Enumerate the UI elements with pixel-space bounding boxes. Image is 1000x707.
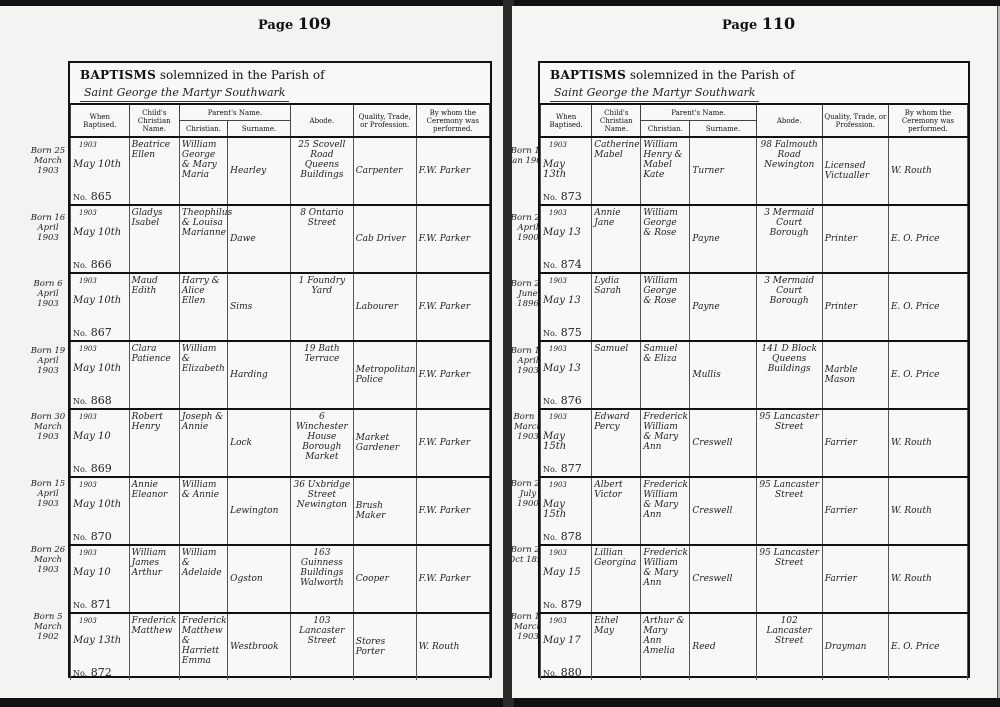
cell-abode: 141 D Block Queens Buildings bbox=[756, 341, 822, 409]
cell-child-name: Annie Jane bbox=[592, 205, 641, 273]
cell-surname: Lewington bbox=[228, 477, 291, 545]
cell-child-name: Annie Eleanor bbox=[129, 477, 179, 545]
entry-number-value: 878 bbox=[561, 530, 582, 543]
entry-number-value: 871 bbox=[91, 598, 112, 611]
cell-surname-text: Turner bbox=[692, 140, 753, 202]
right-page: Page 110 Born 19 Jan 1903Born 23 April 1… bbox=[512, 6, 997, 698]
cell-when-baptised: 1903May 10No. 869 bbox=[71, 409, 130, 477]
cell-surname-text: Creswell bbox=[692, 480, 753, 542]
cell-trade: Farrier bbox=[822, 477, 888, 545]
baptism-year: 1903 bbox=[549, 208, 589, 218]
baptism-year: 1903 bbox=[79, 616, 127, 626]
cell-abode-text: 36 Uxbridge Street Newington bbox=[293, 480, 351, 510]
cell-child-name: Samuel bbox=[592, 341, 641, 409]
entry-number-value: 876 bbox=[561, 394, 582, 407]
header-solemnized: solemnized in the Parish of bbox=[630, 68, 795, 82]
cell-child-name: Robert Henry bbox=[129, 409, 179, 477]
cell-parents-christian: William George & Rose bbox=[641, 205, 690, 273]
register-entry-row: 1903May 13No. 876SamuelSamuel & ElizaMul… bbox=[541, 341, 968, 409]
baptism-date: May 10th bbox=[73, 228, 127, 238]
cell-parents-christian-text: William & Adelaide bbox=[182, 548, 225, 578]
baptism-date: May 10th bbox=[73, 364, 127, 374]
cell-child-name-text: Annie Eleanor bbox=[132, 480, 177, 500]
register-entry-row: 1903May 15thNo. 877Edward PercyFrederick… bbox=[541, 409, 968, 477]
col-parent-surname: Surname. bbox=[228, 121, 291, 138]
cell-surname-text: Payne bbox=[692, 208, 753, 270]
cell-child-name-text: Robert Henry bbox=[132, 412, 177, 432]
col-parent-christian: Christian. bbox=[179, 121, 227, 138]
cell-parents-christian-text: Frederick Matthew & Harriett Emma bbox=[182, 616, 225, 666]
cell-child-name-text: Beatrice Ellen bbox=[132, 140, 177, 160]
entry-number: No. 879 bbox=[543, 600, 582, 611]
cell-child-name-text: Frederick Matthew bbox=[132, 616, 177, 636]
cell-surname-text: Harding bbox=[230, 344, 288, 406]
cell-when-baptised: 1903May 10thNo. 866 bbox=[71, 205, 130, 273]
cell-child-name: Lydia Sarah bbox=[592, 273, 641, 341]
cell-abode: 95 Lancaster Street bbox=[756, 545, 822, 613]
baptism-date: May 10 bbox=[73, 568, 127, 578]
baptism-year: 1903 bbox=[549, 140, 589, 150]
cell-parents-christian: Frederick William & Mary Ann bbox=[641, 477, 690, 545]
cell-when-baptised: 1903May 15thNo. 878 bbox=[541, 477, 592, 545]
cell-parents-christian-text: Frederick William & Mary Ann bbox=[643, 412, 687, 452]
baptism-year: 1903 bbox=[79, 412, 127, 422]
cell-surname: Lock bbox=[228, 409, 291, 477]
cell-parents-christian: Harry & Alice Ellen bbox=[179, 273, 227, 341]
cell-abode-text: 163 Guinness Buildings Walworth bbox=[293, 548, 351, 588]
col-quality: Quality, Trade, or Profession. bbox=[353, 104, 416, 137]
cell-abode: 19 Bath Terrace bbox=[290, 341, 353, 409]
baptism-year: 1903 bbox=[549, 548, 589, 558]
cell-trade: Stores Porter bbox=[353, 613, 416, 680]
cell-parents-christian-text: Samuel & Eliza bbox=[643, 344, 687, 364]
entry-number-value: 873 bbox=[561, 190, 582, 203]
cell-parents-christian-text: Frederick William & Mary Ann bbox=[643, 548, 687, 588]
entry-number: No. 871 bbox=[73, 600, 112, 611]
entry-number-prefix: No. bbox=[543, 465, 557, 474]
cell-trade-text: Carpenter bbox=[356, 140, 414, 202]
col-abode: Abode. bbox=[290, 104, 353, 137]
cell-abode: 102 Lancaster Street bbox=[756, 613, 822, 680]
col-when-baptised: When Baptised. bbox=[541, 104, 592, 137]
cell-surname: Harding bbox=[228, 341, 291, 409]
cell-by-whom-text: F.W. Parker bbox=[419, 140, 487, 202]
cell-trade: Market Gardener bbox=[353, 409, 416, 477]
cell-parents-christian: William Henry & Mabel Kate bbox=[641, 137, 690, 205]
entry-number-value: 874 bbox=[561, 258, 582, 271]
entry-number-prefix: No. bbox=[73, 261, 87, 270]
cell-trade: Marble Mason bbox=[822, 341, 888, 409]
page-label: Page bbox=[258, 18, 293, 33]
cell-by-whom: F.W. Parker bbox=[416, 545, 489, 613]
baptism-year: 1903 bbox=[549, 480, 589, 490]
cell-when-baptised: 1903May 10thNo. 867 bbox=[71, 273, 130, 341]
entry-number-prefix: No. bbox=[73, 533, 87, 542]
cell-abode: 25 Scovell Road Queens Buildings bbox=[290, 137, 353, 205]
col-parents-name: Parent's Name. bbox=[179, 104, 290, 121]
col-parent-christian: Christian. bbox=[641, 121, 690, 138]
col-abode: Abode. bbox=[756, 104, 822, 137]
cell-abode: 95 Lancaster Street bbox=[756, 477, 822, 545]
left-page: Page 109 Born 25 March 1903Born 16 April… bbox=[0, 6, 505, 698]
cell-child-name: Lillian Georgina bbox=[592, 545, 641, 613]
baptism-year: 1903 bbox=[79, 548, 127, 558]
entry-number: No. 876 bbox=[543, 396, 582, 407]
entry-number: No. 870 bbox=[73, 532, 112, 543]
cell-by-whom-text: E. O. Price bbox=[891, 616, 965, 678]
cell-abode-text: 3 Mermaid Court Borough bbox=[759, 208, 820, 238]
cell-surname-text: Payne bbox=[692, 276, 753, 338]
cell-parents-christian-text: Arthur & Mary Ann Amelia bbox=[643, 616, 687, 656]
header-baptisms: BAPTISMS bbox=[550, 68, 626, 82]
cell-by-whom: F.W. Parker bbox=[416, 205, 489, 273]
cell-surname-text: Mullis bbox=[692, 344, 753, 406]
col-child-name: Child's Christian Name. bbox=[592, 104, 641, 137]
cell-by-whom-text: W. Routh bbox=[891, 548, 965, 610]
cell-when-baptised: 1903May 10thNo. 870 bbox=[71, 477, 130, 545]
entry-number: No. 869 bbox=[73, 464, 112, 475]
cell-parents-christian: William & Adelaide bbox=[179, 545, 227, 613]
header-baptisms: BAPTISMS bbox=[80, 68, 156, 82]
baptism-date: May 13 bbox=[543, 228, 589, 238]
entry-number-value: 866 bbox=[91, 258, 112, 271]
entry-number: No. 875 bbox=[543, 328, 582, 339]
cell-parents-christian: Frederick Matthew & Harriett Emma bbox=[179, 613, 227, 680]
entry-number-value: 868 bbox=[91, 394, 112, 407]
cell-child-name-text: Catherine Mabel bbox=[594, 140, 638, 160]
baptism-date: May 17 bbox=[543, 636, 589, 646]
baptism-register-table-right: When Baptised. Child's Christian Name. P… bbox=[540, 103, 968, 680]
cell-abode: 1 Foundry Yard bbox=[290, 273, 353, 341]
cell-trade-text: Cab Driver bbox=[356, 208, 414, 270]
birth-date-note: Born 26 March 1903 bbox=[28, 545, 68, 575]
page-label: Page bbox=[722, 18, 757, 33]
cell-parents-christian: Arthur & Mary Ann Amelia bbox=[641, 613, 690, 680]
cell-child-name: Ethel May bbox=[592, 613, 641, 680]
cell-parents-christian: William George & Rose bbox=[641, 273, 690, 341]
entry-number-value: 867 bbox=[91, 326, 112, 339]
cell-surname-text: Creswell bbox=[692, 548, 753, 610]
cell-trade-text: Marble Mason bbox=[825, 344, 886, 406]
cell-by-whom: W. Routh bbox=[888, 409, 967, 477]
entry-number-prefix: No. bbox=[543, 601, 557, 610]
cell-by-whom-text: W. Routh bbox=[419, 616, 487, 678]
cell-trade: Drayman bbox=[822, 613, 888, 680]
cell-child-name-text: William James Arthur bbox=[132, 548, 177, 578]
cell-abode: 3 Mermaid Court Borough bbox=[756, 205, 822, 273]
page-number-value: 110 bbox=[762, 14, 795, 33]
cell-parents-christian-text: William George & Mary Maria bbox=[182, 140, 225, 180]
baptism-year: 1903 bbox=[79, 344, 127, 354]
cell-parents-christian: Joseph & Annie bbox=[179, 409, 227, 477]
cell-surname: Reed bbox=[690, 613, 756, 680]
col-parents-name: Parent's Name. bbox=[641, 104, 756, 121]
entry-number-value: 870 bbox=[91, 530, 112, 543]
register-entry-row: 1903May 10thNo. 870Annie EleanorWilliam … bbox=[71, 477, 490, 545]
cell-trade: Printer bbox=[822, 273, 888, 341]
cell-abode-text: 98 Falmouth Road Newington bbox=[759, 140, 820, 170]
entry-number-prefix: No. bbox=[543, 533, 557, 542]
cell-surname: Payne bbox=[690, 273, 756, 341]
cell-trade: Farrier bbox=[822, 545, 888, 613]
entry-number-prefix: No. bbox=[543, 193, 557, 202]
cell-child-name-text: Edward Percy bbox=[594, 412, 638, 432]
entry-number: No. 868 bbox=[73, 396, 112, 407]
cell-parents-christian-text: Theophilus & Louisa Marianne bbox=[182, 208, 225, 238]
cell-by-whom-text: E. O. Price bbox=[891, 276, 965, 338]
cell-when-baptised: 1903May 10No. 871 bbox=[71, 545, 130, 613]
cell-abode: 3 Mermaid Court Borough bbox=[756, 273, 822, 341]
cell-surname-text: Lewington bbox=[230, 480, 288, 542]
cell-abode-text: 25 Scovell Road Queens Buildings bbox=[293, 140, 351, 180]
cell-child-name-text: Gladys Isabel bbox=[132, 208, 177, 228]
cell-abode-text: 1 Foundry Yard bbox=[293, 276, 351, 296]
cell-trade-text: Printer bbox=[825, 276, 886, 338]
entry-number-prefix: No. bbox=[543, 669, 557, 678]
cell-trade-text: Licensed Victualler bbox=[825, 140, 886, 202]
entry-number: No. 866 bbox=[73, 260, 112, 271]
cell-parents-christian: Frederick William & Mary Ann bbox=[641, 409, 690, 477]
cell-by-whom-text: F.W. Parker bbox=[419, 208, 487, 270]
cell-child-name-text: Albert Victor bbox=[594, 480, 638, 500]
birth-date-note: Born 19 April 1903 bbox=[28, 346, 68, 376]
baptism-date: May 10th bbox=[73, 296, 127, 306]
baptism-date: May 13 bbox=[543, 364, 589, 374]
cell-by-whom-text: F.W. Parker bbox=[419, 276, 487, 338]
cell-surname: Creswell bbox=[690, 409, 756, 477]
baptism-year: 1903 bbox=[549, 412, 589, 422]
cell-when-baptised: 1903May 13No. 875 bbox=[541, 273, 592, 341]
cell-when-baptised: 1903May 15thNo. 877 bbox=[541, 409, 592, 477]
cell-abode-text: 102 Lancaster Street bbox=[759, 616, 820, 646]
cell-child-name-text: Lillian Georgina bbox=[594, 548, 638, 568]
baptism-date: May 13 bbox=[543, 296, 589, 306]
baptism-year: 1903 bbox=[549, 344, 589, 354]
cell-parents-christian-text: Harry & Alice Ellen bbox=[182, 276, 225, 306]
page-number-value: 109 bbox=[298, 14, 331, 33]
cell-when-baptised: 1903May 13thNo. 873 bbox=[541, 137, 592, 205]
cell-trade-text: Farrier bbox=[825, 412, 886, 474]
cell-child-name-text: Clara Patience bbox=[132, 344, 177, 364]
cell-abode: 103 Lancaster Street bbox=[290, 613, 353, 680]
cell-surname: Ogston bbox=[228, 545, 291, 613]
col-parent-surname: Surname. bbox=[690, 121, 756, 138]
register-entry-row: 1903May 15No. 879Lillian GeorginaFrederi… bbox=[541, 545, 968, 613]
entry-number-prefix: No. bbox=[73, 601, 87, 610]
page-number-left: Page 109 bbox=[258, 14, 331, 33]
cell-by-whom: F.W. Parker bbox=[416, 137, 489, 205]
cell-abode-text: 8 Ontario Street bbox=[293, 208, 351, 228]
cell-by-whom-text: W. Routh bbox=[891, 480, 965, 542]
cell-when-baptised: 1903May 15No. 879 bbox=[541, 545, 592, 613]
cell-abode-text: 6 Winchester House Borough Market bbox=[293, 412, 351, 462]
cell-child-name-text: Annie Jane bbox=[594, 208, 638, 228]
cell-abode: 98 Falmouth Road Newington bbox=[756, 137, 822, 205]
cell-trade-text: Labourer bbox=[356, 276, 414, 338]
entry-number-prefix: No. bbox=[73, 669, 87, 678]
register-entry-row: 1903May 13thNo. 873Catherine MabelWillia… bbox=[541, 137, 968, 205]
cell-trade-text: Brush Maker bbox=[356, 480, 414, 542]
header-solemnized: solemnized in the Parish of bbox=[160, 68, 325, 82]
cell-trade: Licensed Victualler bbox=[822, 137, 888, 205]
parish-name: Saint George the Martyr Southwark bbox=[80, 84, 289, 102]
entry-number: No. 880 bbox=[543, 668, 582, 679]
cell-abode: 163 Guinness Buildings Walworth bbox=[290, 545, 353, 613]
cell-trade: Labourer bbox=[353, 273, 416, 341]
cell-by-whom: W. Routh bbox=[888, 477, 967, 545]
register-entry-row: 1903May 10No. 871William James ArthurWil… bbox=[71, 545, 490, 613]
entry-number-prefix: No. bbox=[73, 397, 87, 406]
entry-number: No. 867 bbox=[73, 328, 112, 339]
cell-surname: Sims bbox=[228, 273, 291, 341]
cell-surname: Creswell bbox=[690, 545, 756, 613]
entry-number-prefix: No. bbox=[543, 261, 557, 270]
cell-abode-text: 19 Bath Terrace bbox=[293, 344, 351, 364]
baptism-date: May 10 bbox=[73, 432, 127, 442]
cell-parents-christian: William George & Mary Maria bbox=[179, 137, 227, 205]
baptism-register-table-left: When Baptised. Child's Christian Name. P… bbox=[70, 103, 490, 680]
cell-by-whom-text: W. Routh bbox=[891, 140, 965, 202]
cell-child-name: Gladys Isabel bbox=[129, 205, 179, 273]
cell-by-whom: E. O. Price bbox=[888, 273, 967, 341]
cell-trade: Brush Maker bbox=[353, 477, 416, 545]
cell-child-name-text: Samuel bbox=[594, 344, 638, 354]
cell-when-baptised: 1903May 13No. 874 bbox=[541, 205, 592, 273]
birth-date-note: Born 6 April 1903 bbox=[28, 279, 68, 309]
cell-child-name: Catherine Mabel bbox=[592, 137, 641, 205]
cell-when-baptised: 1903May 13No. 876 bbox=[541, 341, 592, 409]
cell-trade-text: Cooper bbox=[356, 548, 414, 610]
cell-surname: Payne bbox=[690, 205, 756, 273]
page-number-right: Page 110 bbox=[722, 14, 795, 33]
cell-abode-text: 95 Lancaster Street bbox=[759, 412, 820, 432]
cell-by-whom: F.W. Parker bbox=[416, 341, 489, 409]
register-entry-row: 1903May 13No. 874Annie JaneWilliam Georg… bbox=[541, 205, 968, 273]
cell-parents-christian: Frederick William & Mary Ann bbox=[641, 545, 690, 613]
baptism-date: May 13th bbox=[73, 636, 127, 646]
cell-surname-text: Reed bbox=[692, 616, 753, 678]
cell-surname: Westbrook bbox=[228, 613, 291, 680]
register-entry-row: 1903May 10No. 869Robert HenryJoseph & An… bbox=[71, 409, 490, 477]
baptism-date: May 15 bbox=[543, 568, 589, 578]
cell-child-name: Beatrice Ellen bbox=[129, 137, 179, 205]
cell-parents-christian-text: William George & Rose bbox=[643, 276, 687, 306]
cell-surname-text: Sims bbox=[230, 276, 288, 338]
cell-trade-text: Farrier bbox=[825, 480, 886, 542]
cell-abode-text: 103 Lancaster Street bbox=[293, 616, 351, 646]
cell-by-whom: E. O. Price bbox=[888, 205, 967, 273]
register-frame-right: BAPTISMS solemnized in the Parish of Sai… bbox=[538, 61, 970, 678]
cell-trade-text: Farrier bbox=[825, 548, 886, 610]
entry-number: No. 865 bbox=[73, 192, 112, 203]
cell-abode-text: 95 Lancaster Street bbox=[759, 480, 820, 500]
baptism-date: May 15th bbox=[543, 432, 589, 452]
col-quality: Quality, Trade, or Profession. bbox=[822, 104, 888, 137]
cell-abode-text: 95 Lancaster Street bbox=[759, 548, 820, 568]
cell-parents-christian: William & Elizabeth bbox=[179, 341, 227, 409]
entry-number: No. 878 bbox=[543, 532, 582, 543]
birth-date-note: Born 25 March 1903 bbox=[28, 146, 68, 176]
cell-surname-text: Dawe bbox=[230, 208, 288, 270]
entry-number-value: 872 bbox=[91, 666, 112, 679]
cell-trade: Metropolitan Police bbox=[353, 341, 416, 409]
cell-by-whom-text: E. O. Price bbox=[891, 344, 965, 406]
cell-abode: 95 Lancaster Street bbox=[756, 409, 822, 477]
register-entry-row: 1903May 10thNo. 868Clara PatienceWilliam… bbox=[71, 341, 490, 409]
cell-child-name: Albert Victor bbox=[592, 477, 641, 545]
cell-parents-christian: Samuel & Eliza bbox=[641, 341, 690, 409]
col-child-name: Child's Christian Name. bbox=[129, 104, 179, 137]
cell-by-whom-text: F.W. Parker bbox=[419, 548, 487, 610]
baptism-year: 1903 bbox=[79, 276, 127, 286]
register-entry-row: 1903May 13thNo. 872Frederick MatthewFred… bbox=[71, 613, 490, 680]
entry-number-prefix: No. bbox=[73, 329, 87, 338]
cell-when-baptised: 1903May 13thNo. 872 bbox=[71, 613, 130, 680]
cell-when-baptised: 1903May 10thNo. 865 bbox=[71, 137, 130, 205]
cell-abode: 36 Uxbridge Street Newington bbox=[290, 477, 353, 545]
cell-by-whom-text: F.W. Parker bbox=[419, 344, 487, 406]
cell-by-whom: W. Routh bbox=[888, 137, 967, 205]
cell-by-whom: E. O. Price bbox=[888, 341, 967, 409]
cell-parents-christian-text: William George & Rose bbox=[643, 208, 687, 238]
entry-number-prefix: No. bbox=[73, 465, 87, 474]
baptism-date: May 13th bbox=[543, 160, 589, 180]
entry-number: No. 872 bbox=[73, 668, 112, 679]
baptism-year: 1903 bbox=[79, 208, 127, 218]
cell-parents-christian-text: Joseph & Annie bbox=[182, 412, 225, 432]
cell-trade-text: Market Gardener bbox=[356, 412, 414, 474]
cell-child-name: Maud Edith bbox=[129, 273, 179, 341]
baptism-date: May 10th bbox=[73, 160, 127, 170]
entry-number: No. 874 bbox=[543, 260, 582, 271]
entry-number-prefix: No. bbox=[73, 193, 87, 202]
register-frame-left: BAPTISMS solemnized in the Parish of Sai… bbox=[68, 61, 492, 678]
col-by-whom: By whom the Ceremony was performed. bbox=[888, 104, 967, 137]
baptism-year: 1903 bbox=[549, 276, 589, 286]
cell-by-whom-text: F.W. Parker bbox=[419, 480, 487, 542]
cell-child-name: Clara Patience bbox=[129, 341, 179, 409]
cell-abode: 6 Winchester House Borough Market bbox=[290, 409, 353, 477]
baptism-year: 1903 bbox=[79, 140, 127, 150]
cell-trade-text: Drayman bbox=[825, 616, 886, 678]
cell-trade: Carpenter bbox=[353, 137, 416, 205]
cell-trade: Printer bbox=[822, 205, 888, 273]
cell-by-whom: F.W. Parker bbox=[416, 477, 489, 545]
cell-by-whom: E. O. Price bbox=[888, 613, 967, 680]
entry-number-value: 877 bbox=[561, 462, 582, 475]
entry-number-prefix: No. bbox=[543, 329, 557, 338]
register-entry-row: 1903May 10thNo. 866Gladys IsabelTheophil… bbox=[71, 205, 490, 273]
col-when-baptised: When Baptised. bbox=[71, 104, 130, 137]
cell-by-whom-text: W. Routh bbox=[891, 412, 965, 474]
entry-number-value: 865 bbox=[91, 190, 112, 203]
baptism-year: 1903 bbox=[549, 616, 589, 626]
birth-date-note: Born 5 March 1902 bbox=[28, 612, 68, 642]
cell-child-name-text: Lydia Sarah bbox=[594, 276, 638, 296]
cell-when-baptised: 1903May 10thNo. 868 bbox=[71, 341, 130, 409]
cell-trade: Cab Driver bbox=[353, 205, 416, 273]
cell-trade: Cooper bbox=[353, 545, 416, 613]
cell-parents-christian: Theophilus & Louisa Marianne bbox=[179, 205, 227, 273]
cell-by-whom-text: F.W. Parker bbox=[419, 412, 487, 474]
cell-parents-christian-text: William & Elizabeth bbox=[182, 344, 225, 374]
cell-child-name: Edward Percy bbox=[592, 409, 641, 477]
cell-surname: Creswell bbox=[690, 477, 756, 545]
cell-parents-christian-text: William Henry & Mabel Kate bbox=[643, 140, 687, 180]
cell-surname-text: Westbrook bbox=[230, 616, 288, 678]
cell-surname-text: Creswell bbox=[692, 412, 753, 474]
entry-number-value: 875 bbox=[561, 326, 582, 339]
